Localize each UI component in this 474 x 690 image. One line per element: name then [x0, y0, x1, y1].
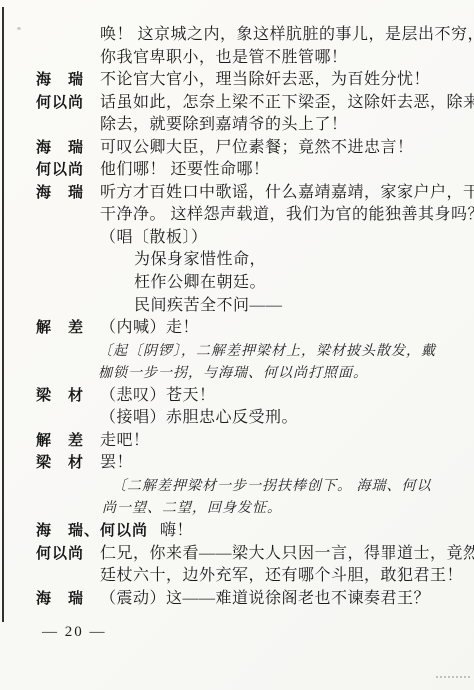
sung-verse: 为保身家惜性命，	[134, 249, 266, 272]
sung-verse: 民间疾苦全不问——	[134, 295, 283, 318]
stage-direction: 枷锁一步一拐，与海瑞、何以尚打照面。	[98, 363, 368, 386]
dialogue-text: 唤！ 这京城之内，象这样肮脏的事儿，是层出不穷，	[100, 24, 474, 47]
script-line-continuation: 你我官卑职小，也是管不胜管哪！	[36, 47, 456, 70]
page-number: — 20 —	[42, 624, 107, 641]
speaker-label: 海 瑞	[36, 182, 84, 205]
dialogue-text: 话虽如此，怎奈上梁不正下梁歪，这除奸去恶，除来	[100, 92, 474, 115]
script-line-continuation: 枉作公卿在朝廷。	[36, 272, 456, 295]
script-line-continuation: 民间疾苦全不问——	[36, 295, 456, 318]
speaker-label: 何以尚	[36, 159, 84, 182]
script-line: 海 瑞（震动）这——难道说徐阁老也不谏奏君王？	[36, 588, 456, 611]
script-line: 梁 材罢！	[36, 452, 456, 475]
script-line: 海 瑞可叹公卿大臣，尸位素餐；竟然不进忠言！	[36, 137, 456, 160]
speaker-label: 海 瑞、何以尚	[36, 520, 148, 543]
dialogue-text: 听方才百姓口中歌谣，什么嘉靖嘉靖，家家户户，干	[100, 182, 474, 205]
dialogue-text: （内喊）走！	[100, 317, 199, 340]
dialogue-text: （悲叹）苍天！	[100, 385, 216, 408]
script-line: 何以尚他们哪！ 还要性命哪！	[36, 159, 456, 182]
speaker-label: 解 差	[36, 430, 84, 453]
speaker-label: 海 瑞	[36, 588, 84, 611]
scan-edge-line	[2, 7, 4, 622]
dialogue-text: 除去，就要除到嘉靖爷的头上了！	[100, 114, 348, 137]
dialogue-text: （唱〔散板〕）	[100, 227, 208, 250]
dialogue-text: 干净净。 这样怨声载道，我们为官的能独善其身吗？	[100, 204, 474, 227]
speaker-label: 梁 材	[36, 452, 84, 475]
script-line: 海 瑞不论官大官小，理当除奸去恶，为百姓分忧！	[36, 69, 456, 92]
dialogue-text: 仁兄，你来看——梁大人只因一言，得罪道士，竟然	[100, 543, 474, 566]
dialogue-text: 嗨！	[160, 520, 193, 543]
script-line-continuation: （接唱）赤胆忠心反受刑。	[36, 407, 456, 430]
dialogue-text: 你我官卑职小，也是管不胜管哪！	[100, 47, 348, 70]
script-line: 解 差（内喊）走！	[36, 317, 456, 340]
script-line: 梁 材（悲叹）苍天！	[36, 385, 456, 408]
script-line: 海 瑞听方才百姓口中歌谣，什么嘉靖嘉靖，家家户户，干	[36, 182, 456, 205]
script-line-continuation: 尚一望、二望，回身发怔。	[36, 497, 456, 520]
dialogue-text: 走吧！	[100, 430, 150, 453]
dialogue-text: 可叹公卿大臣，尸位素餐；竟然不进忠言！	[100, 137, 414, 160]
dialogue-text: 廷杖六十，边外充军，还有哪个斗胆，敢犯君王！	[100, 565, 463, 588]
script-line-continuation: 除去，就要除到嘉靖爷的头上了！	[36, 114, 456, 137]
script-line-continuation: 为保身家惜性命，	[36, 249, 456, 272]
speaker-label: 何以尚	[36, 92, 84, 115]
stage-direction: 〔起〔阴锣〕，二解差押梁材上，梁材披头散发，戴	[98, 341, 436, 364]
stage-direction: 〔二解差押梁材一步一拐扶棒创下。 海瑞、何以	[112, 476, 432, 499]
speaker-label: 解 差	[36, 317, 84, 340]
script-lines: 唤！ 这京城之内，象这样肮脏的事儿，是层出不穷，你我官卑职小，也是管不胜管哪！海…	[36, 24, 456, 610]
script-line-continuation: 廷杖六十，边外充军，还有哪个斗胆，敢犯君王！	[36, 565, 456, 588]
script-line-continuation: 唤！ 这京城之内，象这样肮脏的事儿，是层出不穷，	[36, 24, 456, 47]
script-line-continuation: （唱〔散板〕）	[36, 227, 456, 250]
dialogue-text: （接唱）赤胆忠心反受刑。	[100, 407, 298, 430]
script-line: 何以尚话虽如此，怎奈上梁不正下梁歪，这除奸去恶，除来	[36, 92, 456, 115]
dialogue-text: 罢！	[100, 452, 133, 475]
script-line-continuation: 〔二解差押梁材一步一拐扶棒创下。 海瑞、何以	[36, 475, 456, 498]
speaker-label: 海 瑞	[36, 137, 84, 160]
scan-speck	[17, 27, 21, 30]
dialogue-text: 不论官大官小，理当除奸去恶，为百姓分忧！	[100, 69, 430, 92]
scan-smudge	[436, 676, 470, 684]
script-line: 海 瑞、何以尚嗨！	[36, 520, 456, 543]
dialogue-text: （震动）这——难道说徐阁老也不谏奏君王？	[100, 588, 430, 611]
script-line-continuation: 枷锁一步一拐，与海瑞、何以尚打照面。	[36, 362, 456, 385]
speaker-label: 何以尚	[36, 543, 84, 566]
stage-direction: 尚一望、二望，回身发怔。	[102, 498, 282, 521]
speaker-label: 海 瑞	[36, 69, 84, 92]
script-line: 何以尚仁兄，你来看——梁大人只因一言，得罪道士，竟然	[36, 543, 456, 566]
sung-verse: 枉作公卿在朝廷。	[134, 272, 266, 295]
script-line: 解 差走吧！	[36, 430, 456, 453]
book-page: 唤！ 这京城之内，象这样肮脏的事儿，是层出不穷，你我官卑职小，也是管不胜管哪！海…	[0, 0, 474, 690]
speaker-label: 梁 材	[36, 385, 84, 408]
script-line-continuation: 〔起〔阴锣〕，二解差押梁材上，梁材披头散发，戴	[36, 340, 456, 363]
dialogue-text: 他们哪！ 还要性命哪！	[100, 159, 270, 182]
script-line-continuation: 干净净。 这样怨声载道，我们为官的能独善其身吗？	[36, 204, 456, 227]
